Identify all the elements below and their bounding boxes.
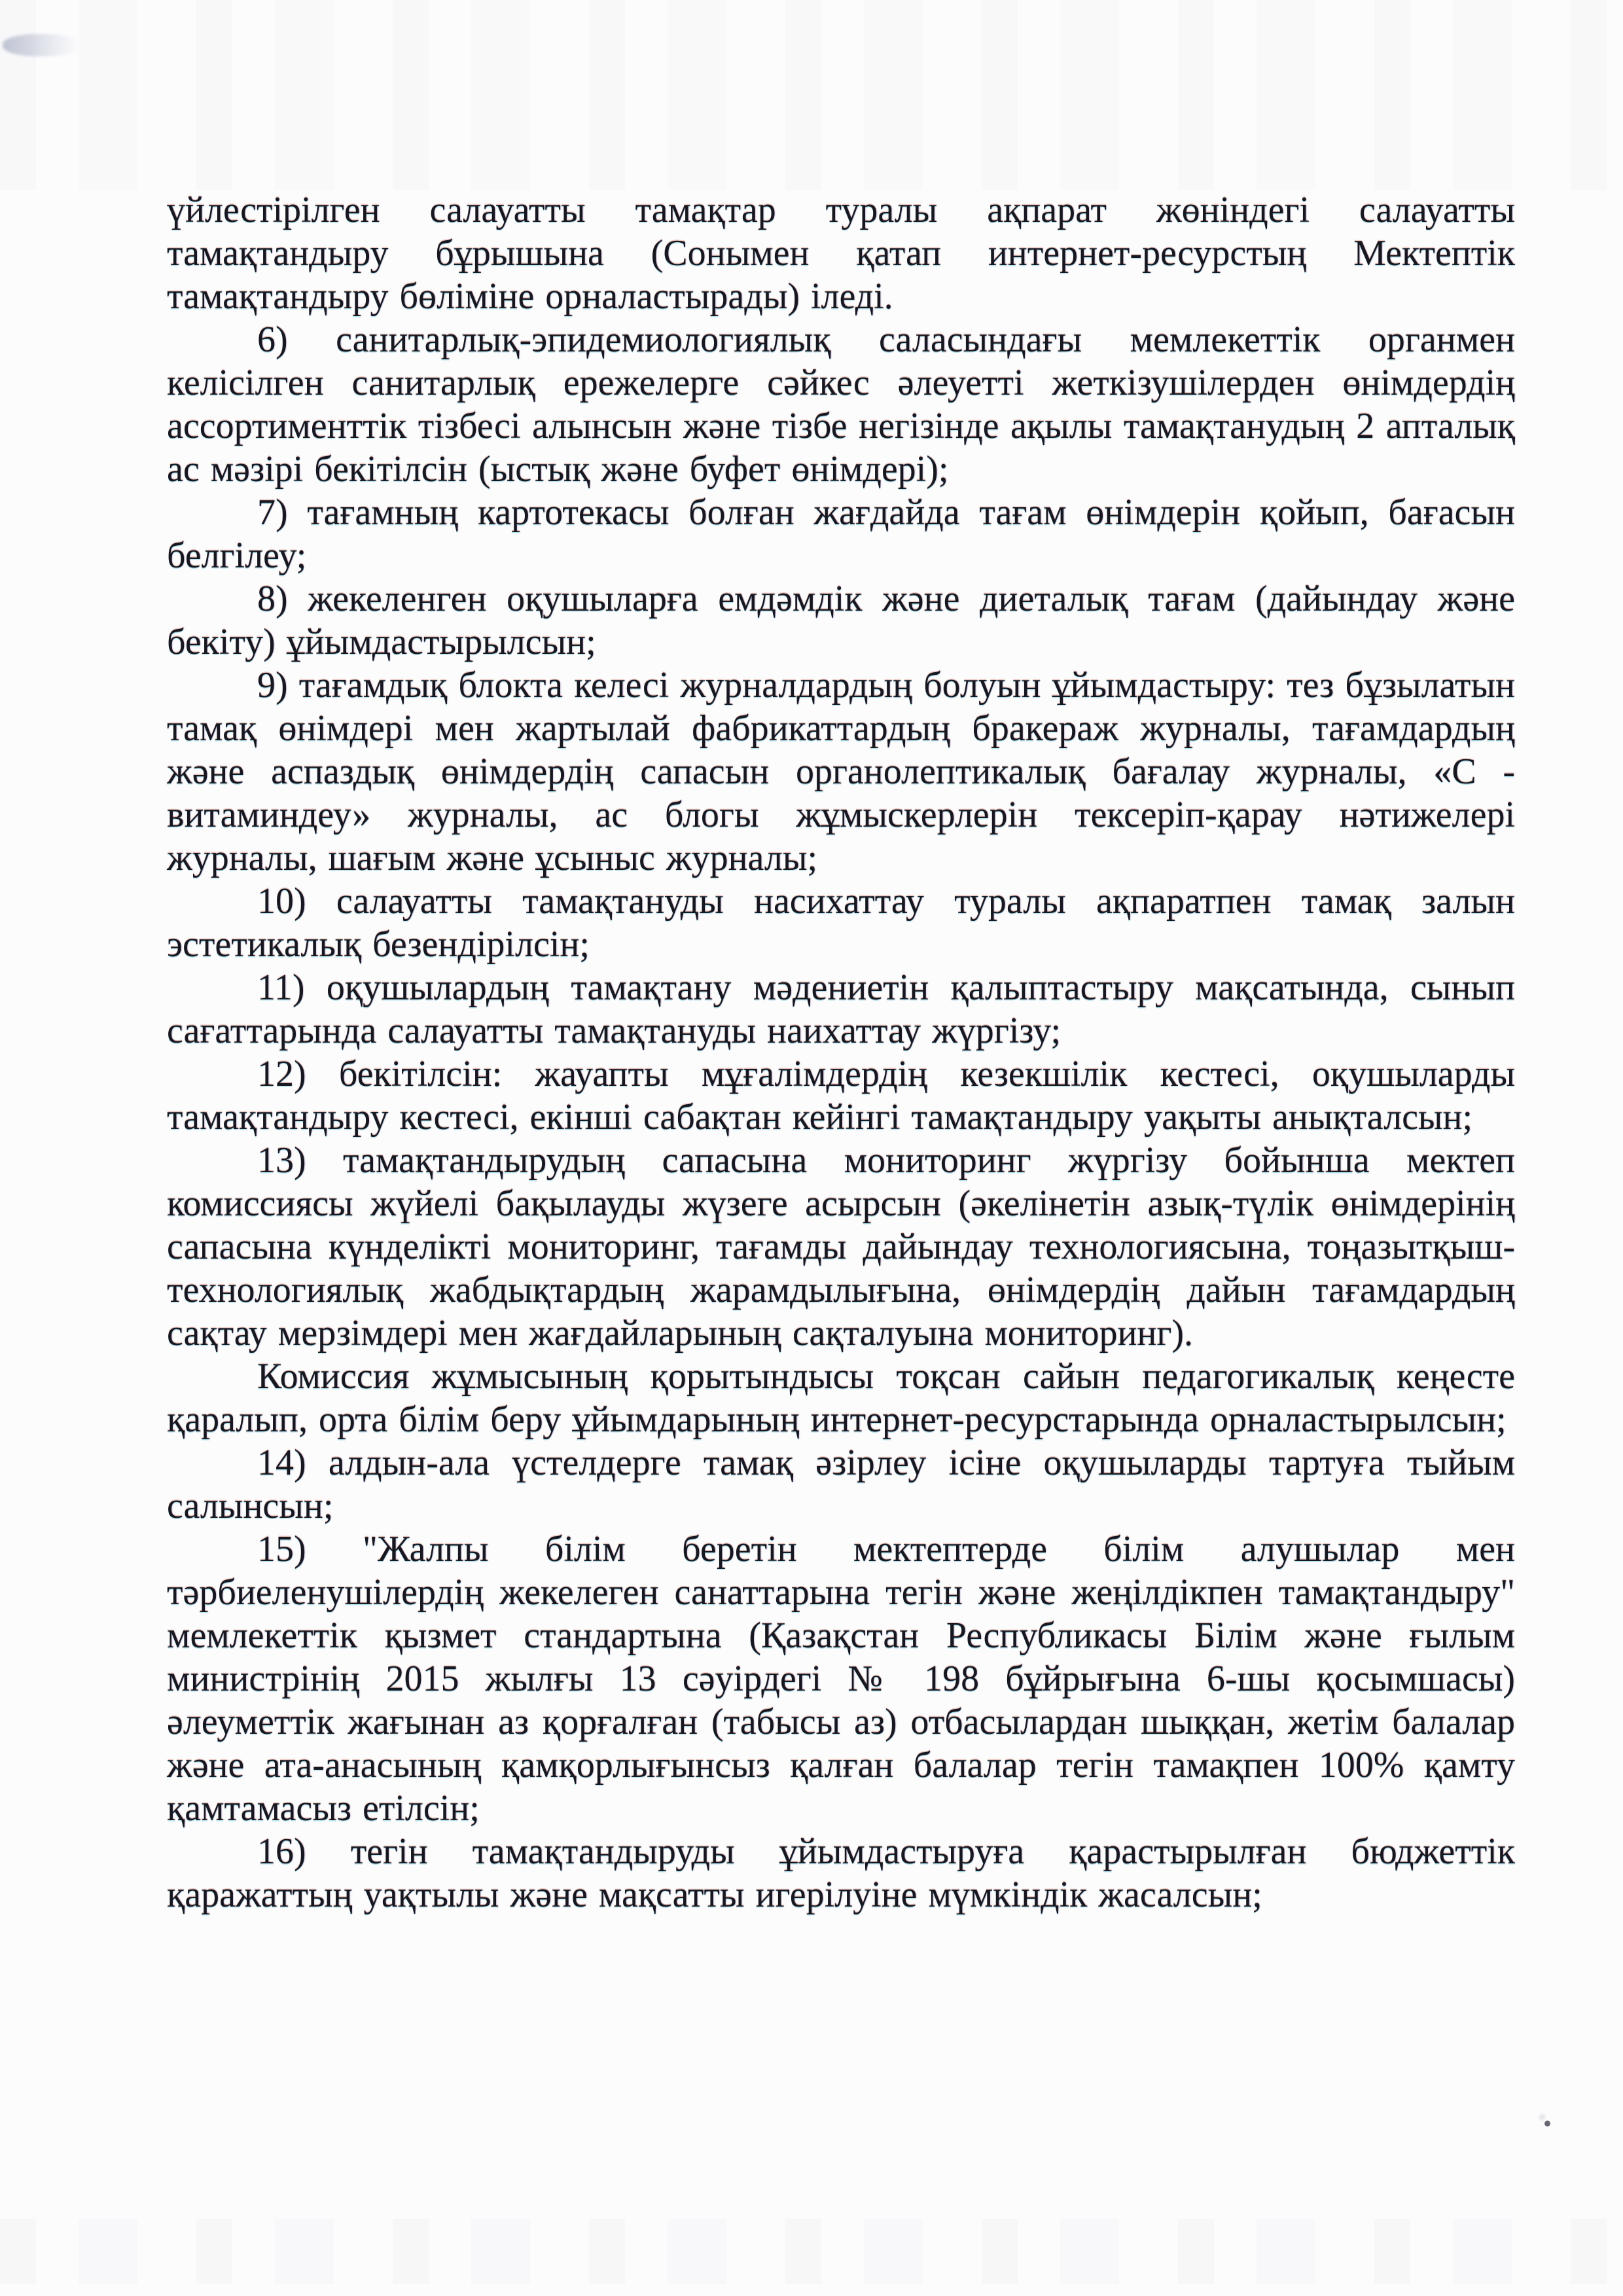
paragraph-intro: үйлестірілген салауатты тамақтар туралы …: [167, 188, 1515, 318]
scan-noise-top: [0, 0, 1623, 190]
document-page: үйлестірілген салауатты тамақтар туралы …: [0, 0, 1623, 2296]
paragraph-item-14: 14) алдын-ала үстелдерге тамақ әзірлеу і…: [167, 1441, 1515, 1528]
paragraph-commission: Комиссия жұмысының қорытындысы тоқсан са…: [167, 1355, 1515, 1441]
scan-noise-bottom: [0, 2219, 1623, 2284]
ink-speck: [1544, 2121, 1550, 2126]
paragraph-item-9: 9) тағамдық блокта келесі журналдардың б…: [167, 664, 1515, 880]
paragraph-item-8: 8) жекеленген оқушыларға емдәмдік және д…: [167, 577, 1515, 664]
paragraph-item-13: 13) тамақтандырудың сапасына мониторинг …: [167, 1139, 1515, 1355]
paragraph-item-10: 10) салауатты тамақтануды насихаттау тур…: [167, 880, 1515, 966]
document-text: үйлестірілген салауатты тамақтар туралы …: [167, 188, 1515, 1916]
paragraph-item-11: 11) оқушылардың тамақтану мәдениетін қал…: [167, 966, 1515, 1052]
paragraph-item-7: 7) тағамның картотекасы болған жағдайда …: [167, 491, 1515, 577]
paragraph-item-12: 12) бекітілсін: жауапты мұғалімдердің ке…: [167, 1052, 1515, 1139]
paragraph-item-16: 16) тегін тамақтандыруды ұйымдастыруға қ…: [167, 1830, 1515, 1916]
paragraph-item-15: 15) "Жалпы білім беретін мектептерде біл…: [167, 1528, 1515, 1830]
paragraph-item-6: 6) санитарлық-эпидемиологиялық саласында…: [167, 318, 1515, 491]
scan-smudge: [3, 34, 80, 56]
